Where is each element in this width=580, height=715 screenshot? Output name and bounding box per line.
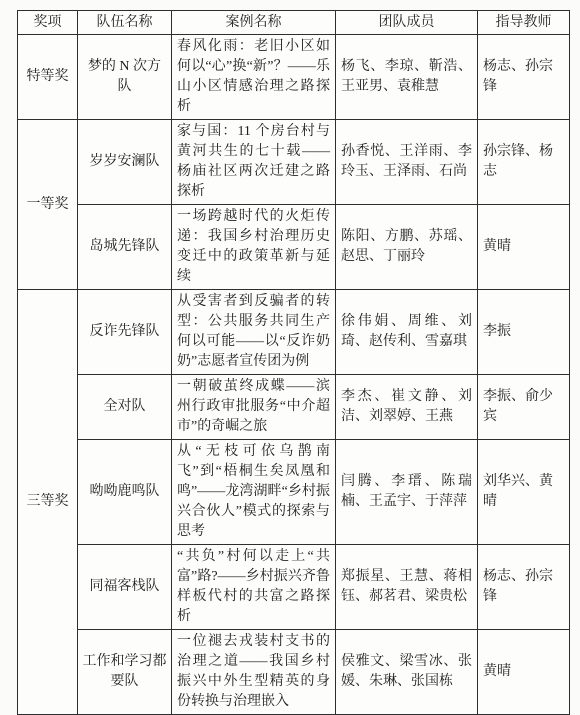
members-cell: 陈阳、方鹏、苏瑶、赵思、丁丽玲 [336, 205, 478, 290]
members-cell: 孙香悦、王洋雨、李玲玉、王泽雨、石尚 [336, 120, 478, 205]
table-row: 一等奖岁岁安澜队家与国：11 个房台村与黄河共生的七十载——杨庙社区两次迁建之路… [18, 120, 570, 205]
table-row: 特等奖梦的 N 次方队春风化雨：老旧小区如何以“心”换“新”？——乐山小区情感治… [18, 35, 570, 120]
advisors-cell: 杨志、孙宗锋 [478, 545, 570, 630]
award-cell: 一等奖 [18, 120, 78, 290]
case-name-cell: 春风化雨：老旧小区如何以“心”换“新”？——乐山小区情感治理之路探析 [172, 35, 336, 120]
table-row: 全对队一朝破茧终成蝶——滨州行政审批服务“中介超市”的奇崛之旅李杰、崔文静、刘洁… [18, 375, 570, 440]
advisors-cell: 李振 [478, 290, 570, 375]
team-name-cell: 岛城先锋队 [78, 205, 172, 290]
column-header-team: 队伍名称 [78, 11, 172, 35]
case-name-cell: 一位褪去戎装村支书的治理之道——我国乡村振兴中外生型精英的身份转换与治理嵌入 [172, 630, 336, 715]
case-name-cell: 从受害者到反骗者的转型：公共服务共同生产何以可能——以“反诈奶奶”志愿者宣传团为… [172, 290, 336, 375]
members-cell: 侯雅文、梁雪冰、张媛、朱琳、张国栋 [336, 630, 478, 715]
team-name-cell: 反诈先锋队 [78, 290, 172, 375]
awards-table: 奖项 队伍名称 案例名称 团队成员 指导教师 特等奖梦的 N 次方队春风化雨：老… [17, 10, 570, 715]
table-row: 三等奖反诈先锋队从受害者到反骗者的转型：公共服务共同生产何以可能——以“反诈奶奶… [18, 290, 570, 375]
team-name-cell: 呦呦鹿鸣队 [78, 440, 172, 545]
members-cell: 杨飞、李琼、靳浩、王亚男、袁稚慧 [336, 35, 478, 120]
advisors-cell: 黄晴 [478, 205, 570, 290]
award-cell: 特等奖 [18, 35, 78, 120]
column-header-case: 案例名称 [172, 11, 336, 35]
case-name-cell: “共负”村何以走上“共富”路?——乡村振兴齐鲁样板代村的共富之路探析 [172, 545, 336, 630]
case-name-cell: 从“无枝可依乌鹊南飞”到“梧桐生矣凤凰和鸣”——龙湾湖畔“乡村振兴合伙人”模式的… [172, 440, 336, 545]
advisors-cell: 黄晴 [478, 630, 570, 715]
case-name-cell: 家与国：11 个房台村与黄河共生的七十载——杨庙社区两次迁建之路探析 [172, 120, 336, 205]
members-cell: 闫腾、李瑨、陈瑞楠、王孟宇、于萍萍 [336, 440, 478, 545]
table-row: 呦呦鹿鸣队从“无枝可依乌鹊南飞”到“梧桐生矣凤凰和鸣”——龙湾湖畔“乡村振兴合伙… [18, 440, 570, 545]
members-cell: 郑振星、王慧、蒋相钰、郝茗君、梁贵松 [336, 545, 478, 630]
table-header-row: 奖项 队伍名称 案例名称 团队成员 指导教师 [18, 11, 570, 35]
column-header-advisors: 指导教师 [478, 11, 570, 35]
advisors-cell: 孙宗锋、杨志 [478, 120, 570, 205]
team-name-cell: 全对队 [78, 375, 172, 440]
team-name-cell: 同福客栈队 [78, 545, 172, 630]
team-name-cell: 工作和学习都要队 [78, 630, 172, 715]
case-name-cell: 一朝破茧终成蝶——滨州行政审批服务“中介超市”的奇崛之旅 [172, 375, 336, 440]
table-row: 岛城先锋队一场跨越时代的火炬传递：我国乡村治理历史变迁中的政策革新与延续陈阳、方… [18, 205, 570, 290]
column-header-award: 奖项 [18, 11, 78, 35]
team-name-cell: 岁岁安澜队 [78, 120, 172, 205]
table-body: 特等奖梦的 N 次方队春风化雨：老旧小区如何以“心”换“新”？——乐山小区情感治… [18, 35, 570, 715]
column-header-members: 团队成员 [336, 11, 478, 35]
members-cell: 徐伟娟、周维、刘琦、赵传利、雪嘉琪 [336, 290, 478, 375]
award-cell: 三等奖 [18, 290, 78, 715]
advisors-cell: 杨志、孙宗锋 [478, 35, 570, 120]
document-page: 奖项 队伍名称 案例名称 团队成员 指导教师 特等奖梦的 N 次方队春风化雨：老… [0, 0, 580, 715]
members-cell: 李杰、崔文静、刘洁、刘翠婷、王燕 [336, 375, 478, 440]
advisors-cell: 李振、俞少宾 [478, 375, 570, 440]
advisors-cell: 刘华兴、黄晴 [478, 440, 570, 545]
case-name-cell: 一场跨越时代的火炬传递：我国乡村治理历史变迁中的政策革新与延续 [172, 205, 336, 290]
table-row: 同福客栈队“共负”村何以走上“共富”路?——乡村振兴齐鲁样板代村的共富之路探析郑… [18, 545, 570, 630]
team-name-cell: 梦的 N 次方队 [78, 35, 172, 120]
table-row: 工作和学习都要队一位褪去戎装村支书的治理之道——我国乡村振兴中外生型精英的身份转… [18, 630, 570, 715]
